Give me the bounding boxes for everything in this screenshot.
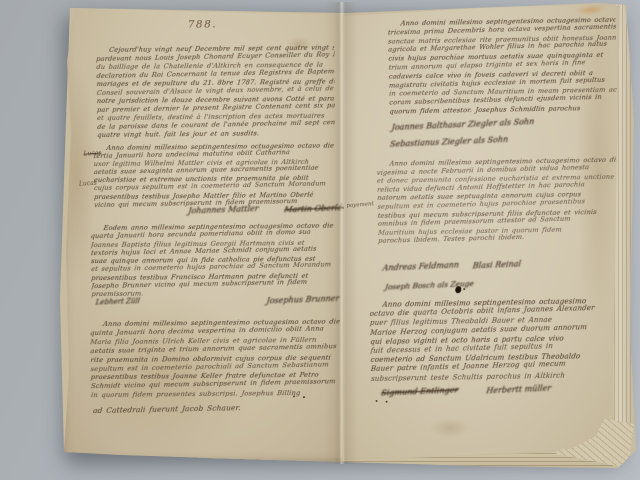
- signature: Herbertt müller: [486, 384, 552, 396]
- register-entry: Anno domini millesimo septingentesimo oc…: [369, 295, 623, 383]
- ink-blot: [455, 286, 461, 293]
- signature: Johannes Mattler: [188, 204, 259, 215]
- register-entry: Anno domini millesimo septingentesimo oc…: [90, 317, 341, 401]
- register-entry: Eodem anno millesimo septingentesimo oct…: [91, 221, 338, 299]
- ink-dots: [376, 400, 392, 404]
- page-number: 788.: [188, 18, 218, 30]
- signature-row: Sebastianus Ziegler als Sohn: [390, 136, 508, 147]
- signature: Andreas Feldmann: [382, 260, 459, 272]
- signature: Blasi Reinal: [472, 259, 521, 270]
- signature-row: Andreas Feldmann Blasi Reinal: [383, 260, 522, 272]
- register-entry: Anno domini millesimo septingentesimo oc…: [388, 15, 618, 117]
- closing-line: ad Cattedrali fuerunt Jacob Schauer.: [93, 403, 242, 415]
- signature: Sigmund Entlinger: [381, 385, 459, 397]
- ink-dots: [293, 395, 309, 399]
- signature-row: Lebhert Züll Josephus Brunner: [96, 295, 340, 307]
- margin-note: payement: [346, 201, 374, 209]
- manuscript-line: quatre vingt huit. fait les jour et an s…: [97, 129, 336, 140]
- register-entry: Anno domini millesimo septingentesimo oc…: [377, 155, 619, 246]
- signature: Lebhert Züll: [95, 297, 140, 308]
- left-page: 788. Cejourd'huy vingt neuf Decembre mil…: [60, 2, 346, 464]
- signature-row: Sigmund Entlinger Herbertt müller: [381, 384, 551, 397]
- register-entry: Cejourd'huy vingt neuf Decembre mil sept…: [96, 43, 335, 140]
- register-entry: Anno domini millesimo septingentesimo oc…: [93, 141, 336, 209]
- signature: Joannes Balthasar Ziegler als Sohn: [391, 117, 535, 132]
- signature: Josephus Brunner: [266, 294, 340, 306]
- manuscript-scan: 788. Cejourd'huy vingt neuf Decembre mil…: [0, 0, 640, 480]
- signature: Sebastianus Ziegler als Sohn: [389, 135, 508, 149]
- right-page: Anno domini millesimo septingentesimo oc…: [330, 0, 630, 466]
- signature-row: Joannes Balthasar Ziegler als Sohn: [392, 119, 534, 131]
